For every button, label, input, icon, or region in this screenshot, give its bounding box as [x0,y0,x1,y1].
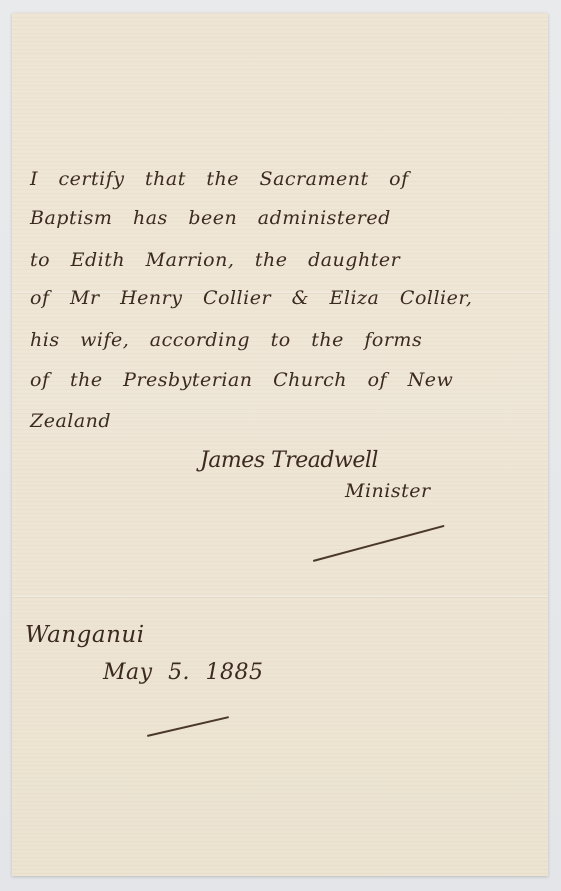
letter-paper [12,13,548,876]
signature-name: James Treadwell [200,448,378,473]
body-line-7: Zealand [30,410,111,432]
body-line-5: his wife, according to the forms [30,329,422,351]
body-line-4: of Mr Henry Collier & Eliza Collier, [30,287,472,309]
fold-line-lower [12,596,548,598]
signature-title: Minister [345,480,431,502]
date-text: May 5. 1885 [103,660,264,685]
place-name: Wanganui [25,622,145,648]
body-line-3: to Edith Marrion, the daughter [30,249,400,271]
body-line-2: Baptism has been administered [30,207,391,229]
body-line-6: of the Presbyterian Church of New [30,369,453,391]
body-line-1: I certify that the Sacrament of [30,168,409,190]
